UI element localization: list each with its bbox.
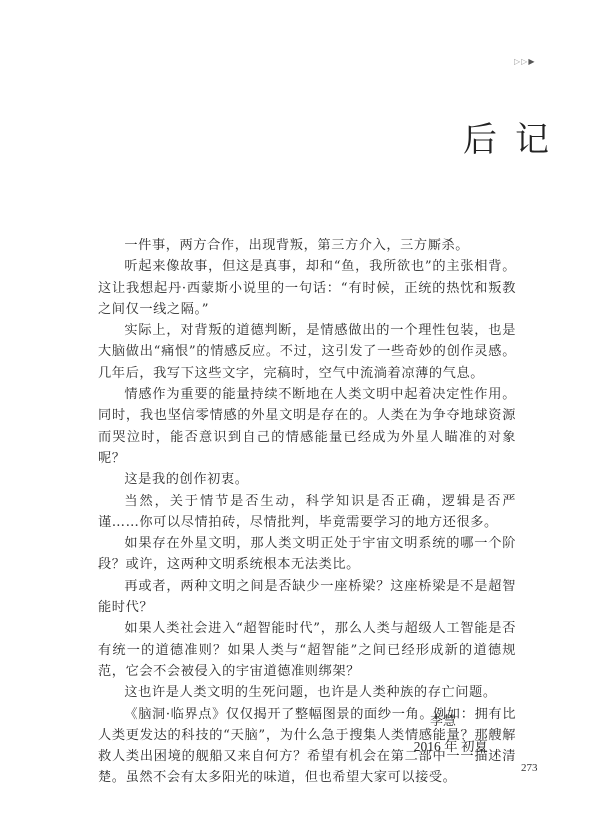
- afterword-body: 一件事，两方合作，出现背叛，第三方介入，三方厮杀。 听起来像故事，但这是真事，却…: [98, 235, 516, 789]
- paragraph: 如果存在外星文明，那人类文明正处于宇宙文明系统的哪一个阶段？或许，这两种文明系统…: [98, 533, 516, 576]
- author-signature: 李慧: [0, 710, 456, 729]
- paragraph: 一件事，两方合作，出现背叛，第三方介入，三方厮杀。: [98, 235, 516, 256]
- page-number: 273: [521, 762, 538, 774]
- hollow-arrows-icon: ▷▷: [514, 57, 528, 66]
- paragraph: 这也许是人类文明的生死问题，也许是人类种族的存亡问题。: [98, 682, 516, 703]
- signature-date: 2016 年 初夏: [0, 735, 488, 755]
- paragraph: 情感作为重要的能量持续不断地在人类文明中起着决定性作用。同时，我也坚信零情感的外…: [98, 384, 516, 469]
- paragraph: 实际上，对背叛的道德判断，是情感做出的一个理性包装，也是大脑做出“痛恨”的情感反…: [98, 320, 516, 384]
- paragraph: 再或者，两种文明之间是否缺少一座桥梁？这座桥梁是不是超智能时代？: [98, 576, 516, 619]
- paragraph: 当然，关于情节是否生动，科学知识是否正确，逻辑是否严谨……你可以尽情拍砖，尽情批…: [98, 491, 516, 534]
- solid-arrow-icon: ▶: [528, 57, 535, 66]
- paragraph: 听起来像故事，但这是真事，却和“鱼，我所欲也”的主张相背。这让我想起丹·西蒙斯小…: [98, 256, 516, 320]
- paragraph: 这是我的创作初衷。: [98, 469, 516, 490]
- paragraph: 如果人类社会进入“超智能时代”，那么人类与超级人工智能是否有统一的道德准则？如果…: [98, 618, 516, 682]
- chapter-title: 后记: [463, 112, 567, 161]
- page-nav-arrows: ▷▷▶: [514, 57, 535, 66]
